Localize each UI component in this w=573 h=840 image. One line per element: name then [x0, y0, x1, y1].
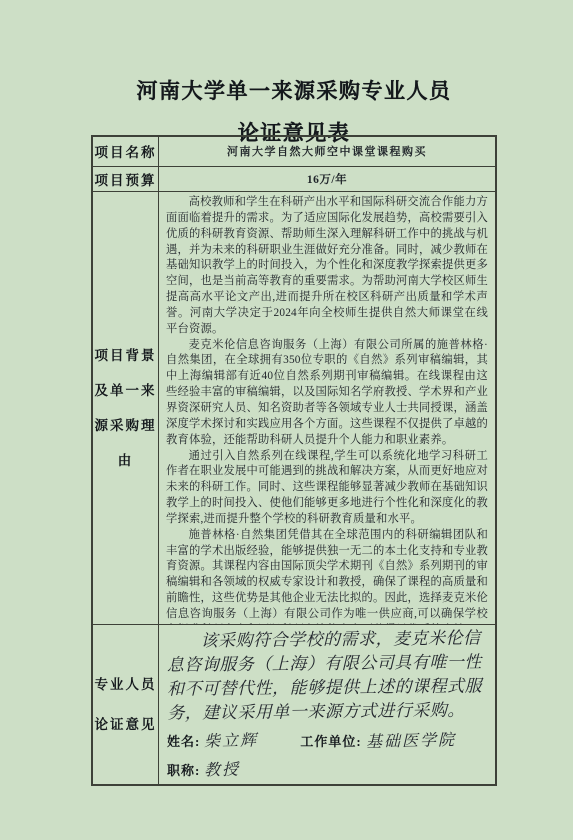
expert-opinion-label-line: 专业人员 — [95, 665, 157, 705]
job-title-line: 职称: 教授 — [167, 757, 489, 780]
handwritten-name: 柴立辉 — [204, 727, 258, 751]
project-name-label: 项目名称 — [93, 137, 159, 166]
project-budget-label: 项目预算 — [93, 167, 159, 191]
project-name-value: 河南大学自然大师空中课堂课程购买 — [227, 143, 427, 159]
name-label: 姓名: — [167, 731, 200, 750]
background-paragraph-4: 施普林格·自然集团凭借其在全球范围内的科研编辑团队和丰富的学术出版经验，能够提供… — [166, 528, 488, 624]
job-title-label: 职称: — [167, 760, 200, 779]
background-label: 项目背景 及单一来 源采购理 由 — [93, 192, 159, 624]
background-label-line: 及单一来 — [95, 373, 157, 408]
background-label-line: 项目背景 — [95, 338, 157, 373]
project-budget-value-cell: 16万/年 — [159, 167, 495, 191]
expert-opinion-row: 专业人员 论证意见 该采购符合学校的需求，麦克米伦信息咨询服务（上海）有限公司具… — [93, 624, 495, 784]
scanned-form-page: 河南大学单一来源采购专业人员 论证意见表 项目名称 河南大学自然大师空中课堂课程… — [0, 0, 573, 840]
background-row: 项目背景 及单一来 源采购理 由 高校教师和学生在科研产出水平和国际科研交流合作… — [93, 191, 495, 624]
background-text: 高校教师和学生在科研产出水平和国际科研交流合作能力方面面临着提升的需求。为了适应… — [159, 192, 495, 624]
opinion-form-table: 项目名称 河南大学自然大师空中课堂课程购买 项目预算 16万/年 项目背景 及单… — [91, 135, 497, 786]
expert-opinion-label: 专业人员 论证意见 — [93, 625, 159, 784]
background-paragraph-1: 高校教师和学生在科研产出水平和国际科研交流合作能力方面面临着提升的需求。为了适应… — [166, 195, 488, 338]
background-paragraph-3: 通过引入自然系列在线课程,学生可以系统化地学习科研工作者在职业发展中可能遇到的挑… — [166, 449, 488, 528]
project-name-value-cell: 河南大学自然大师空中课堂课程购买 — [159, 137, 495, 166]
project-budget-row: 项目预算 16万/年 — [93, 166, 495, 191]
background-label-line: 由 — [118, 443, 134, 478]
handwritten-opinion: 该采购符合学校的需求，麦克米伦信息咨询服务（上海）有限公司具有唯一性和不可替代性… — [167, 626, 490, 725]
work-unit-label: 工作单位: — [300, 731, 361, 750]
project-name-row: 项目名称 河南大学自然大师空中课堂课程购买 — [93, 137, 495, 166]
background-paragraph-2: 麦克米伦信息咨询服务（上海）有限公司所属的施普林格·自然集团，在全球拥有350位… — [166, 338, 488, 449]
expert-opinion-content: 该采购符合学校的需求，麦克米伦信息咨询服务（上海）有限公司具有唯一性和不可替代性… — [159, 625, 495, 784]
project-budget-value: 16万/年 — [307, 171, 347, 187]
handwritten-work-unit: 基础医学院 — [365, 727, 455, 752]
background-label-line: 源采购理 — [95, 408, 157, 443]
form-title-line1: 河南大学单一来源采购专业人员 — [91, 70, 497, 112]
expert-opinion-label-line: 论证意见 — [95, 705, 157, 745]
signature-line: 姓名: 柴立辉 工作单位: 基础医学院 — [167, 728, 489, 751]
handwritten-job-title: 教授 — [204, 757, 240, 781]
